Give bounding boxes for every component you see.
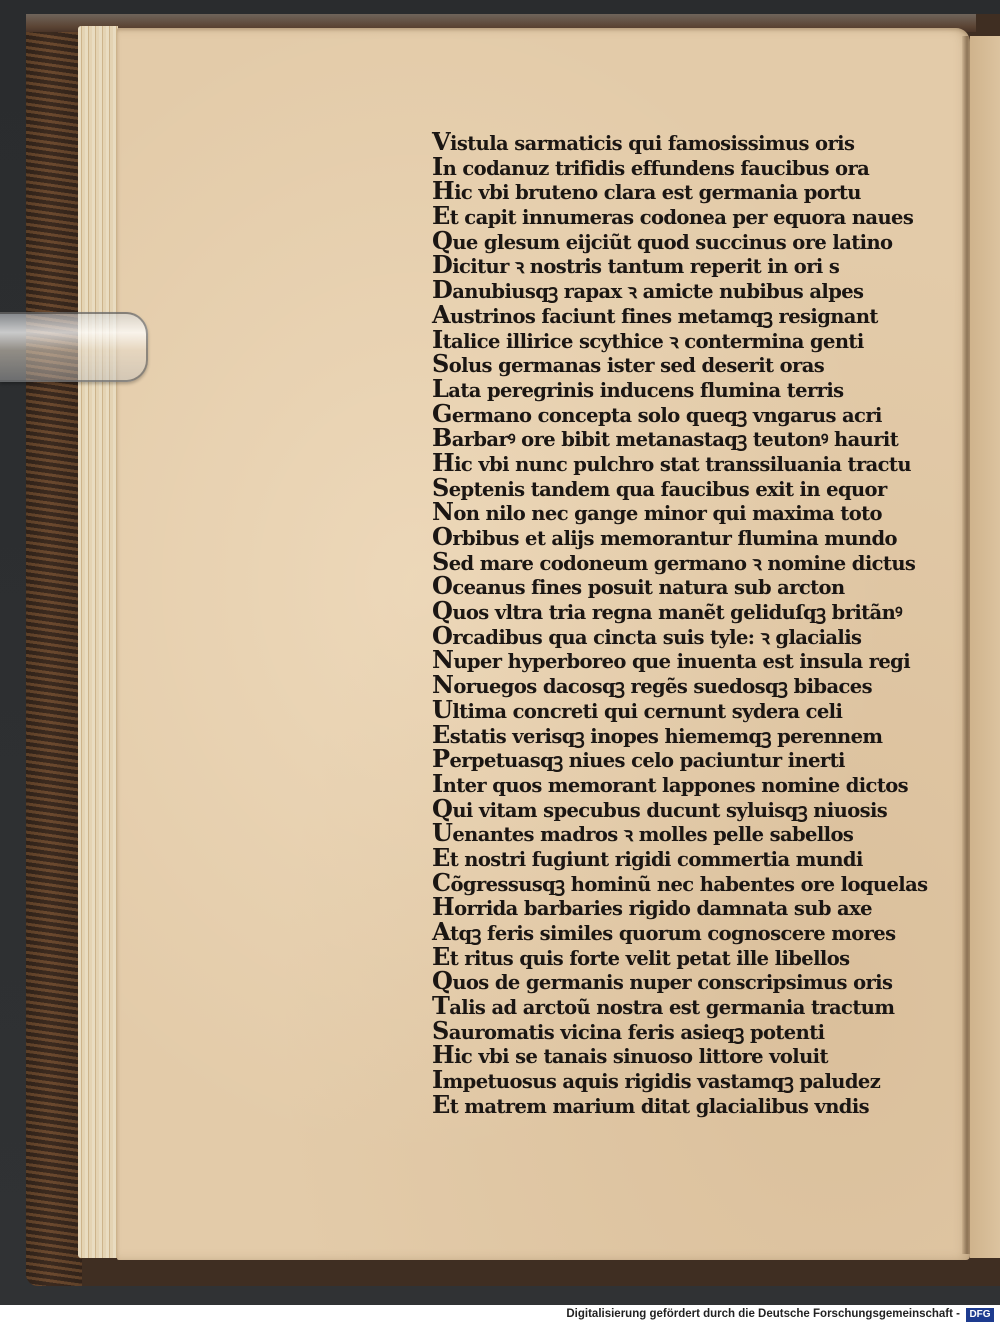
verse-line: Vistula sarmaticis qui famosissimus oris [432,130,932,155]
verse-line: Hic vbi nunc pulchro stat transsiluania … [432,451,932,476]
verse-line: Non nilo nec gange minor qui maxima toto [432,500,932,525]
verse-line: Impetuosus aquis rigidis vastamqꝫ palude… [432,1068,932,1093]
verse-line: Et matrem marium ditat glacialibus vndis [432,1093,932,1118]
verse-line: Atqꝫ feris similes quorum cognoscere mor… [432,920,932,945]
facing-page-edge [970,36,1000,1258]
verse-line: Perpetuasqꝫ niues celo paciuntur inerti [432,747,932,772]
verse-line: Nuper hyperboreo que inuenta est insula … [432,648,932,673]
verse-line: Dicitur ꝛ nostris tantum reperit in ori … [432,253,932,278]
page-block-edges [78,26,118,1258]
verse-line: Oceanus fines posuit natura sub arcton [432,574,932,599]
dfg-logo-icon: DFG [966,1308,994,1322]
verse-line: Solus germanas ister sed deserit oras [432,352,932,377]
verse-line: In codanuz trifidis effundens faucibus o… [432,155,932,180]
funding-footer: Digitalisierung gefördert durch die Deut… [0,1305,1000,1325]
verse-line: Sauromatis vicina feris asieqꝫ potenti [432,1019,932,1044]
verse-line: Talis ad arctoũ nostra est germania trac… [432,994,932,1019]
verse-line: Quos vltra tria regna manẽt geliduſqꝫ br… [432,599,932,624]
verse-line: Septenis tandem qua faucibus exit in equ… [432,476,932,501]
verse-line: Danubiusqꝫ rapax ꝛ amicte nubibus alpes [432,278,932,303]
verse-line: Cõgressusqꝫ hominũ nec habentes ore loqu… [432,871,932,896]
verse-line: Italice illirice scythice ꝛ contermina g… [432,328,932,353]
glass-page-weight-icon [0,312,148,382]
verse-line: Orcadibus qua cincta suis tyle: ꝛ glacia… [432,624,932,649]
verse-line: Lata peregrinis inducens flumina terris [432,377,932,402]
verse-line: Sed mare codoneum germano ꝛ nomine dictu… [432,550,932,575]
verse-line: Uenantes madros ꝛ molles pelle sabellos [432,821,932,846]
verse-line: Ultima concreti qui cernunt sydera celi [432,698,932,723]
verse-line: Horrida barbaries rigido damnata sub axe [432,895,932,920]
leather-binding-edge [26,14,82,1286]
latin-verse-text: Vistula sarmaticis qui famosissimus oris… [432,130,932,1118]
verse-line: Orbibus et alijs memorantur flumina mund… [432,525,932,550]
verse-line: Hic vbi se tanais sinuoso littore voluit [432,1043,932,1068]
verse-line: Estatis verisqꝫ inopes hiememqꝫ perennem [432,723,932,748]
verse-line: Barbarꝰ ore bibit metanastaqꝫ teutonꝰ ha… [432,426,932,451]
verse-line: Austrinos faciunt fines metamqꝫ resignan… [432,303,932,328]
verse-line: Germano concepta solo queqꝫ vngarus acri [432,402,932,427]
verse-line: Hic vbi bruteno clara est germania portu [432,179,932,204]
verse-line: Et ritus quis forte velit petat ille lib… [432,945,932,970]
verse-line: Et capit innumeras codonea per equora na… [432,204,932,229]
scan-image: Vistula sarmaticis qui famosissimus oris… [0,0,1000,1305]
verse-line: Noruegos dacosqꝫ regẽs suedosqꝫ bibaces [432,673,932,698]
verse-line: Que glesum eijciũt quod succinus ore lat… [432,229,932,254]
verse-line: Et nostri fugiunt rigidi commertia mundi [432,846,932,871]
verse-line: Quos de germanis nuper conscripsimus ori… [432,969,932,994]
verse-line: Inter quos memorant lappones nomine dict… [432,772,932,797]
funding-credit: Digitalisierung gefördert durch die Deut… [566,1308,960,1320]
verse-line: Qui vitam specubus ducunt syluisqꝫ niuos… [432,797,932,822]
